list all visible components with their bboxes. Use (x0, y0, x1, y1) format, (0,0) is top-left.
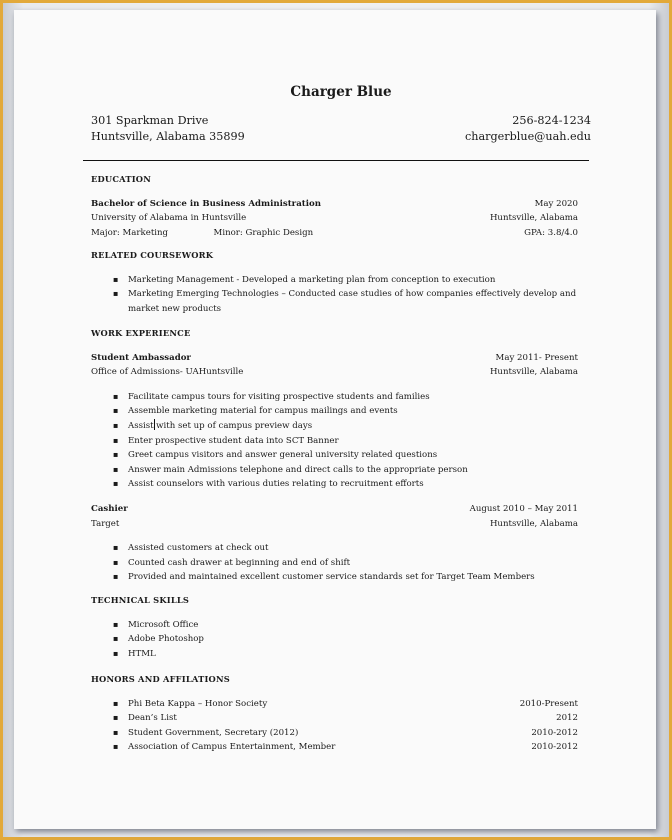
list-item: ▪Assisted customers at check out (91, 541, 578, 556)
job-entry: Cashier August 2010 – May 2011 Target Hu… (91, 502, 578, 585)
bullet-icon: ▪ (113, 287, 118, 302)
degree: Bachelor of Science in Business Administ… (91, 197, 321, 212)
job-dates: August 2010 – May 2011 (470, 502, 578, 517)
job-location: Huntsville, Alabama (490, 365, 578, 380)
bullet-icon: ▪ (113, 448, 118, 463)
address: 301 Sparkman Drive Huntsville, Alabama 3… (91, 113, 245, 145)
work-section: WORK EXPERIENCE Student Ambassador May 2… (91, 326, 578, 585)
list-item[interactable]: ▪Assistwith set up of campus preview day… (91, 419, 578, 434)
list-item: ▪Association of Campus Entertainment, Me… (91, 740, 578, 755)
resume-page: Charger Blue 301 Sparkman Drive Huntsvil… (14, 10, 656, 829)
job-org: Target (91, 517, 119, 532)
graduation-date: May 2020 (535, 197, 578, 212)
phone: 256-824-1234 (465, 113, 591, 129)
bullet-icon: ▪ (113, 618, 118, 633)
list-item: ▪Assemble marketing material for campus … (91, 404, 578, 419)
list-item: ▪Answer main Admissions telephone and di… (91, 463, 578, 478)
list-item: ▪Phi Beta Kappa – Honor Society2010-Pres… (91, 697, 578, 712)
bullet-icon: ▪ (113, 419, 118, 434)
bullet-icon: ▪ (113, 726, 118, 741)
section-title: EDUCATION (91, 172, 578, 187)
bullet-icon: ▪ (113, 570, 118, 585)
list-item: ▪Assist counselors with various duties r… (91, 477, 578, 492)
list-item: ▪Student Government, Secretary (2012)201… (91, 726, 578, 741)
bullet-icon: ▪ (113, 434, 118, 449)
list-item: ▪Enter prospective student data into SCT… (91, 434, 578, 449)
list-item: ▪Dean’s List2012 (91, 711, 578, 726)
list-item: ▪Provided and maintained excellent custo… (91, 570, 578, 585)
honors-section: HONORS AND AFFILATIONS ▪Phi Beta Kappa –… (91, 672, 578, 755)
list-item: ▪Adobe Photoshop (91, 632, 578, 647)
contact-info: 256-824-1234 chargerblue@uah.edu (465, 113, 591, 145)
section-title: TECHNICAL SKILLS (91, 593, 578, 608)
job-duties: ▪Facilitate campus tours for visiting pr… (91, 390, 578, 492)
major: Major: Marketing (91, 228, 168, 238)
school-location: Huntsville, Alabama (490, 211, 578, 226)
job-entry: Student Ambassador May 2011- Present Off… (91, 351, 578, 492)
bullet-icon: ▪ (113, 463, 118, 478)
section-title: WORK EXPERIENCE (91, 326, 578, 341)
skills-section: TECHNICAL SKILLS ▪Microsoft Office ▪Adob… (91, 593, 578, 661)
list-item: ▪Marketing Emerging Technologies – Condu… (91, 287, 578, 316)
bullet-icon: ▪ (113, 390, 118, 405)
list-item: ▪Counted cash drawer at beginning and en… (91, 556, 578, 571)
section-title: HONORS AND AFFILATIONS (91, 672, 578, 687)
coursework-list: ▪Marketing Management - Developed a mark… (91, 273, 578, 317)
skills-list: ▪Microsoft Office ▪Adobe Photoshop ▪HTML (91, 618, 578, 662)
school: University of Alabama in Huntsville (91, 211, 246, 226)
bullet-icon: ▪ (113, 697, 118, 712)
job-dates: May 2011- Present (496, 351, 578, 366)
bullet-icon: ▪ (113, 404, 118, 419)
job-org: Office of Admissions- UAHuntsville (91, 365, 243, 380)
header-divider (83, 160, 589, 161)
list-item: ▪Marketing Management - Developed a mark… (91, 273, 578, 288)
gpa: GPA: 3.8/4.0 (524, 226, 578, 241)
bullet-icon: ▪ (113, 647, 118, 662)
minor: Minor: Graphic Design (214, 228, 314, 238)
bullet-icon: ▪ (113, 273, 118, 288)
bullet-icon: ▪ (113, 711, 118, 726)
address-line-2: Huntsville, Alabama 35899 (91, 129, 245, 145)
list-item: ▪Facilitate campus tours for visiting pr… (91, 390, 578, 405)
bullet-icon: ▪ (113, 632, 118, 647)
job-duties: ▪Assisted customers at check out ▪Counte… (91, 541, 578, 585)
address-line-1: 301 Sparkman Drive (91, 113, 245, 129)
bullet-icon: ▪ (113, 556, 118, 571)
honors-list: ▪Phi Beta Kappa – Honor Society2010-Pres… (91, 697, 578, 755)
list-item: ▪Greet campus visitors and answer genera… (91, 448, 578, 463)
email: chargerblue@uah.edu (465, 129, 591, 145)
bullet-icon: ▪ (113, 541, 118, 556)
job-role: Cashier (91, 502, 128, 517)
job-location: Huntsville, Alabama (490, 517, 578, 532)
education-section: EDUCATION Bachelor of Science in Busines… (91, 172, 578, 240)
list-item: ▪HTML (91, 647, 578, 662)
bullet-icon: ▪ (113, 477, 118, 492)
text-cursor (154, 419, 156, 430)
list-item: ▪Microsoft Office (91, 618, 578, 633)
job-role: Student Ambassador (91, 351, 191, 366)
coursework-section: RELATED COURSEWORK ▪Marketing Management… (91, 248, 578, 316)
section-title: RELATED COURSEWORK (91, 248, 578, 263)
bullet-icon: ▪ (113, 740, 118, 755)
candidate-name: Charger Blue (91, 84, 591, 100)
